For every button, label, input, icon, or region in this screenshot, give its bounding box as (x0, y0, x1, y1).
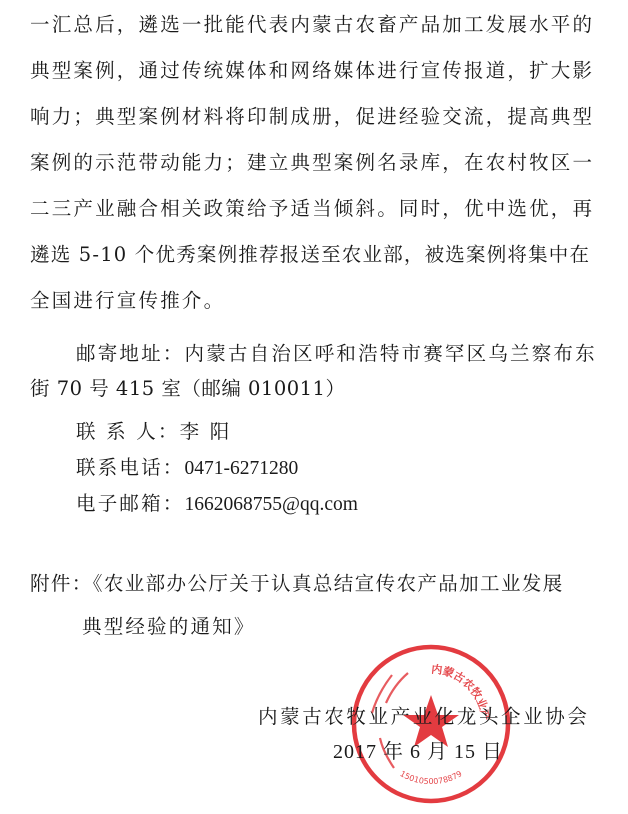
address-line-2: 街 70 号 415 室（邮编 010011） (30, 377, 345, 401)
email-row: 电子邮箱：1662068755@qq.com (76, 492, 358, 517)
email-label: 电子邮箱： (76, 492, 185, 515)
phone-value: 0471-6271280 (185, 458, 299, 479)
signature-date: 2017 年 6 月 15 日 (333, 740, 503, 764)
person-label: 联 系 人： (76, 420, 180, 443)
body-line-3: 响力；典型案例材料将印制成册，促进经验交流，提高典型 (30, 105, 594, 129)
person-row: 联 系 人：李 阳 (76, 420, 231, 444)
svg-text:1501050078879: 1501050078879 (398, 769, 463, 786)
phone-label: 联系电话： (76, 456, 185, 479)
attachment-row: 附件：《农业部办公厅关于认真总结宣传农产品加工业发展 (30, 572, 564, 596)
address-line-1: 内蒙古自治区呼和浩特市赛罕区乌兰察布东 (185, 342, 597, 365)
body-line-2: 典型案例，通过传统媒体和网络媒体进行宣传报道，扩大影 (30, 59, 594, 83)
attachment-title-2: 典型经验的通知》 (82, 615, 256, 639)
address-row: 邮寄地址：内蒙古自治区呼和浩特市赛罕区乌兰察布东 (76, 342, 597, 366)
address-label: 邮寄地址： (76, 342, 185, 365)
person-value: 李 阳 (180, 420, 232, 443)
attachment-label: 附件： (30, 572, 93, 595)
signature-organization: 内蒙古农牧业产业化龙头企业协会 (258, 705, 590, 729)
body-line-4: 案例的示范带动能力；建立典型案例名录库，在农村牧区一 (30, 151, 594, 175)
attachment-title-1: 《农业部办公厅关于认真总结宣传农产品加工业发展 (93, 572, 564, 595)
body-line-7: 全国进行宣传推介。 (30, 289, 225, 313)
body-line-6: 遴选 5-10 个优秀案例推荐报送至农业部，被选案例将集中在 (30, 243, 590, 267)
phone-row: 联系电话：0471-6271280 (76, 456, 298, 481)
body-line-5: 二三产业融合相关政策给予适当倾斜。同时，优中选优，再 (30, 197, 594, 221)
body-line-1: 一汇总后，遴选一批能代表内蒙古农畜产品加工发展水平的 (30, 13, 594, 37)
email-value: 1662068755@qq.com (185, 494, 358, 515)
